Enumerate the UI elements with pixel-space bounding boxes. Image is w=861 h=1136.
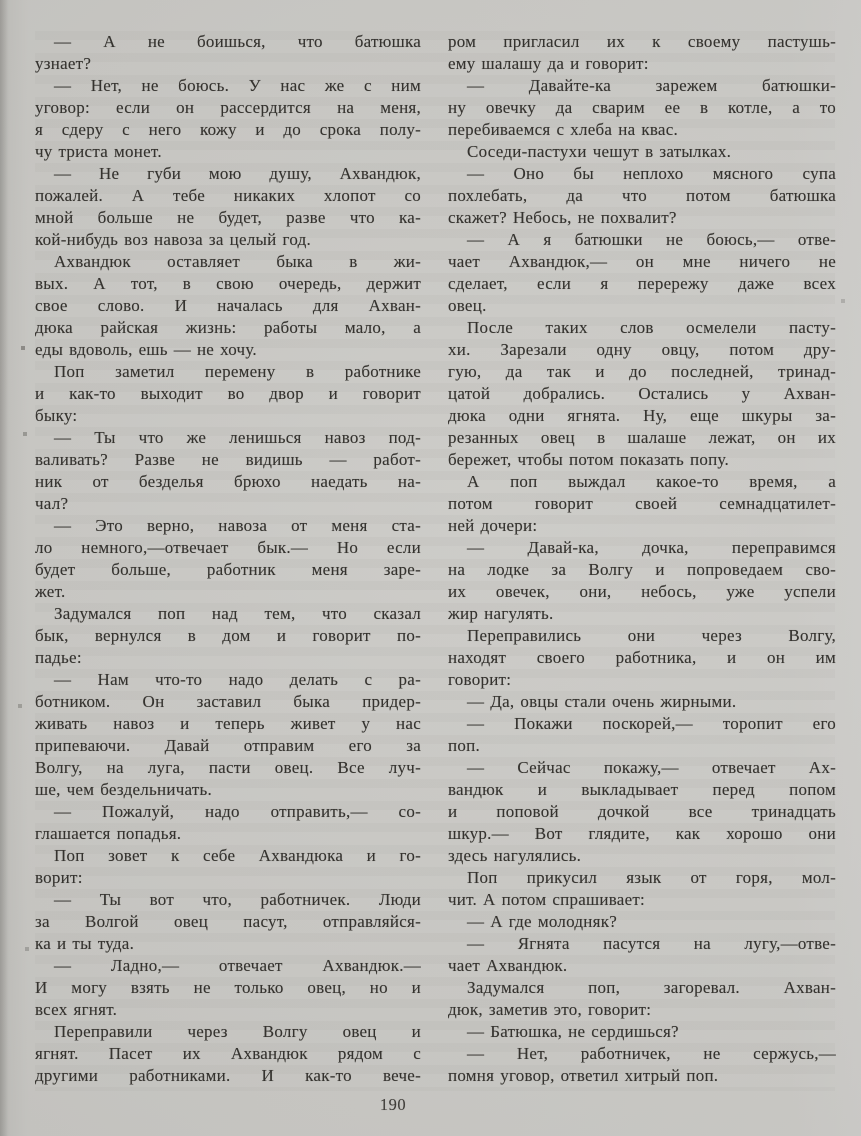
text-line: — Да, овцы стали очень жирными. [448, 691, 836, 713]
text-line: бережет, чтобы потом показать попу. [448, 449, 836, 471]
text-line: шкур.— Вот глядите, как хорошо они [448, 823, 836, 845]
text-line: — Давайте-ка зарежем батюшки- [448, 75, 836, 97]
text-line: — Пожалуй, надо отправить,— со- [35, 801, 421, 823]
right-column: ром пригласил их к своему пастушь-ему ша… [448, 31, 836, 1087]
text-line: я сдеру с него кожу и до срока полу- [35, 119, 421, 141]
text-line: цатой добрались. Остались у Ахван- [448, 383, 836, 405]
text-line: говорит: [448, 669, 836, 691]
text-line: всех ягнят. [35, 999, 421, 1021]
scan-specks [0, 0, 2, 2]
text-line: свое слово. И началась для Ахван- [35, 295, 421, 317]
text-line: уговор: если он рассердится на меня, [35, 97, 421, 119]
text-line: узнает? [35, 53, 421, 75]
text-line: А поп выждал какое-то время, а [448, 471, 836, 493]
text-line: — Оно бы неплохо мясного супа [448, 163, 836, 185]
text-line: находят своего работника, и он им [448, 647, 836, 669]
text-line: их овечек, они, небось, уже успели [448, 581, 836, 603]
text-line: ягнят. Пасет их Ахвандюк рядом с [35, 1043, 421, 1065]
text-line: ней дочери: [448, 515, 836, 537]
text-line: здесь нагулялись. [448, 845, 836, 867]
scan-page: — А не боишься, что батюшкаузнает?— Нет,… [0, 0, 861, 1136]
text-line: быку: [35, 405, 421, 427]
text-line: ботником. Он заставил быка придер- [35, 691, 421, 713]
text-line: и как-то выходит во двор и говорит [35, 383, 421, 405]
text-line: дюка одни ягнята. Ну, еще шкуры за- [448, 405, 836, 427]
text-line: гую, да так и до последней, тринад- [448, 361, 836, 383]
text-line: другими работниками. И как-то вече- [35, 1065, 421, 1087]
text-line: — Нам что-то надо делать с ра- [35, 669, 421, 691]
text-line: — А не боишься, что батюшка [35, 31, 421, 53]
text-line: пожалей. А тебе никаких хлопот со [35, 185, 421, 207]
left-edge-shadow [0, 0, 8, 1136]
text-line: жет. [35, 581, 421, 603]
text-line: чит. А потом спрашивает: [448, 889, 836, 911]
text-line: хи. Зарезали одну овцу, потом дру- [448, 339, 836, 361]
text-line: Задумался поп, загоревал. Ахван- [448, 977, 836, 999]
text-line: чал? [35, 493, 421, 515]
text-line: — Батюшка, не сердишься? [448, 1021, 836, 1043]
text-line: — Ты вот что, работничек. Люди [35, 889, 421, 911]
text-line: валивать? Разве не видишь — работ- [35, 449, 421, 471]
text-line: ник от безделья брюхо наедать на- [35, 471, 421, 493]
text-line: Переправили через Волгу овец и [35, 1021, 421, 1043]
text-line: — Давай-ка, дочка, переправимся [448, 537, 836, 559]
text-line: ему шалашу да и говорит: [448, 53, 836, 75]
text-line: ка и ты туда. [35, 933, 421, 955]
text-line: Поп заметил перемену в работнике [35, 361, 421, 383]
text-line: овец. [448, 295, 836, 317]
text-line: на лодке за Волгу и попроведаем сво- [448, 559, 836, 581]
text-line: перебиваемся с хлеба на квас. [448, 119, 836, 141]
text-line: Волгу, на луга, пасти овец. Все луч- [35, 757, 421, 779]
text-line: дюка райская жизнь: работы мало, а [35, 317, 421, 339]
text-line: — Это верно, навоза от меня ста- [35, 515, 421, 537]
text-line: помня уговор, ответил хитрый поп. [448, 1065, 836, 1087]
text-line: глашается попадья. [35, 823, 421, 845]
text-line: — Ладно,— отвечает Ахвандюк.— [35, 955, 421, 977]
text-line: похлебать, да что потом батюшка [448, 185, 836, 207]
text-line: ну овечку да сварим ее в котле, а то [448, 97, 836, 119]
text-line: чает Ахвандюк. [448, 955, 836, 977]
text-line: — Ягнята пасутся на лугу,—отве- [448, 933, 836, 955]
text-line: — А я батюшки не боюсь,— отве- [448, 229, 836, 251]
text-line: еды вдоволь, ешь — не хочу. [35, 339, 421, 361]
text-line: — Не губи мою душу, Ахвандюк, [35, 163, 421, 185]
text-line: падье: [35, 647, 421, 669]
text-line: кой-нибудь воз навоза за целый год. [35, 229, 421, 251]
text-line: будет больше, работник меня заре- [35, 559, 421, 581]
text-line: резанных овец в шалаше лежат, он их [448, 427, 836, 449]
text-line: за Волгой овец пасут, отправляйся- [35, 911, 421, 933]
text-line: вандюк и выкладывает перед попом [448, 779, 836, 801]
text-line: чает Ахвандюк,— он мне ничего не [448, 251, 836, 273]
text-line: ворит: [35, 867, 421, 889]
left-column: — А не боишься, что батюшкаузнает?— Нет,… [35, 31, 421, 1087]
text-line: — Покажи поскорей,— торопит его [448, 713, 836, 735]
text-line: скажет? Небось, не похвалит? [448, 207, 836, 229]
text-line: припеваючи. Давай отправим его за [35, 735, 421, 757]
text-line: Поп зовет к себе Ахвандюка и го- [35, 845, 421, 867]
text-line: чу триста монет. [35, 141, 421, 163]
text-line: — Нет, работничек, не сержусь,— [448, 1043, 836, 1065]
text-line: ло немного,—отвечает бык.— Но если [35, 537, 421, 559]
text-line: Поп прикусил язык от горя, мол- [448, 867, 836, 889]
text-line: Ахвандюк оставляет быка в жи- [35, 251, 421, 273]
text-line: ше, чем бездельничать. [35, 779, 421, 801]
text-line: сделает, если я перережу даже всех [448, 273, 836, 295]
text-line: потом говорит своей семнадцатилет- [448, 493, 836, 515]
text-line: бык, вернулся в дом и говорит по- [35, 625, 421, 647]
text-line: поп. [448, 735, 836, 757]
text-line: и поповой дочкой все тринадцать [448, 801, 836, 823]
text-line: Переправились они через Волгу, [448, 625, 836, 647]
text-line: дюк, заметив это, говорит: [448, 999, 836, 1021]
text-line: — А где молодняк? [448, 911, 836, 933]
text-line: — Ты что же ленишься навоз под- [35, 427, 421, 449]
text-line: И могу взять не только овец, но и [35, 977, 421, 999]
text-line: живать навоз и теперь живет у нас [35, 713, 421, 735]
text-line: — Нет, не боюсь. У нас же с ним [35, 75, 421, 97]
text-line: Задумался поп над тем, что сказал [35, 603, 421, 625]
text-line: После таких слов осмелели пасту- [448, 317, 836, 339]
text-line: ром пригласил их к своему пастушь- [448, 31, 836, 53]
text-line: вых. А тот, в свою очередь, держит [35, 273, 421, 295]
text-line: Соседи-пастухи чешут в затылках. [448, 141, 836, 163]
text-line: жир нагулять. [448, 603, 836, 625]
text-line: мной больше не будет, разве что ка- [35, 207, 421, 229]
page-number: 190 [343, 1094, 443, 1116]
text-line: — Сейчас покажу,— отвечает Ах- [448, 757, 836, 779]
